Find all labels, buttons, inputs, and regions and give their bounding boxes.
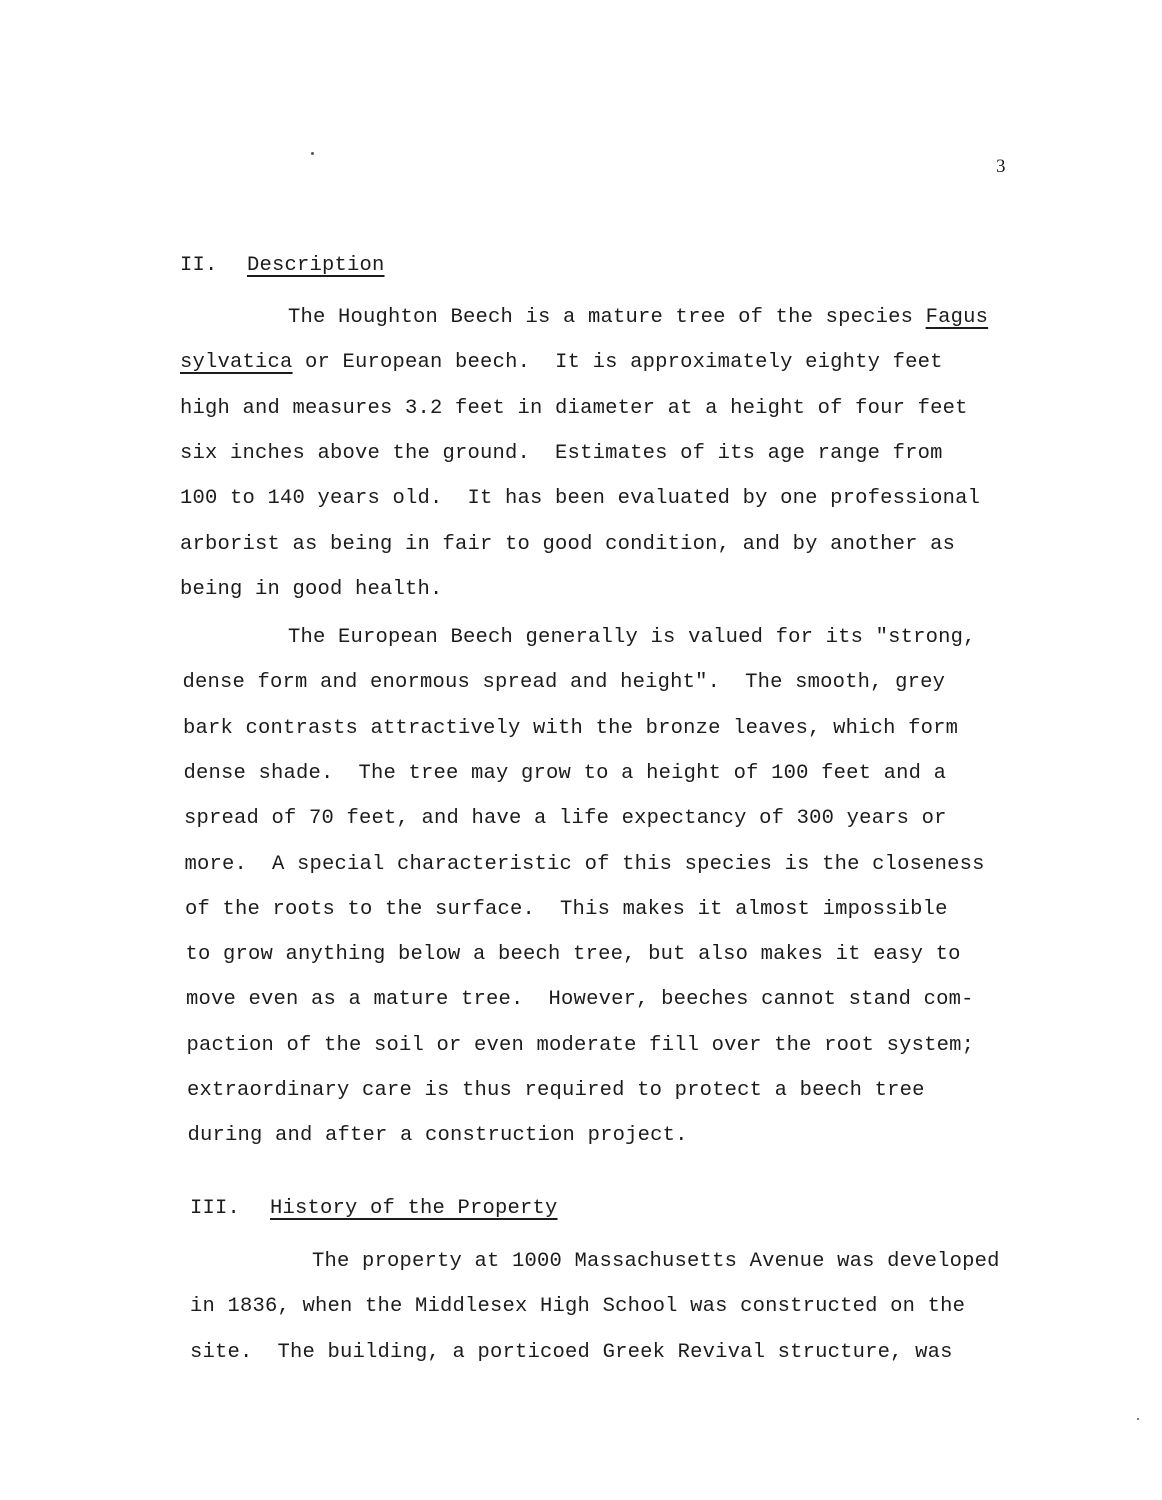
text-line: being in good health. [180,578,443,601]
text-run: 100 to 140 years old. It has been evalua… [180,487,980,510]
text-run: dense shade. The tree may grow to a heig… [184,762,947,785]
text-line: dense shade. The tree may grow to a heig… [184,762,947,785]
text-run: or European beech. It is approximately e… [293,351,943,374]
text-run: dense form and enormous spread and heigh… [183,671,946,694]
text-line: The Houghton Beech is a mature tree of t… [288,306,988,329]
scan-speck [311,152,314,155]
italic-species-name: sylvatica [180,351,293,374]
text-run: The European Beech generally is valued f… [288,626,976,649]
text-line: spread of 70 feet, and have a life expec… [184,807,947,830]
text-run: paction of the soil or even moderate fil… [187,1034,975,1057]
text-line: move even as a mature tree. However, bee… [186,988,974,1011]
text-run: six inches above the ground. Estimates o… [180,442,943,465]
text-run: in 1836, when the Middlesex High School … [190,1295,965,1318]
text-run: spread of 70 feet, and have a life expec… [184,807,947,830]
text-run: extraordinary care is thus required to p… [187,1079,925,1102]
section-heading: History of the Property [270,1197,558,1220]
text-line: The property at 1000 Massachusetts Avenu… [312,1250,1000,1273]
text-run: move even as a mature tree. However, bee… [186,988,974,1011]
text-line: paction of the soil or even moderate fil… [187,1034,975,1057]
section-heading: Description [247,254,385,277]
page-number: 3 [996,156,1006,178]
text-line: site. The building, a porticoed Greek Re… [190,1341,953,1364]
text-line: of the roots to the surface. This makes … [185,898,948,921]
text-run: arborist as being in fair to good condit… [180,533,955,556]
section-numeral: III. [190,1197,240,1220]
text-line: bark contrasts attractively with the bro… [183,717,958,740]
text-run: high and measures 3.2 feet in diameter a… [180,397,968,420]
text-run: during and after a construction project. [188,1124,688,1147]
text-run: to grow anything below a beech tree, but… [186,943,961,966]
text-line: arborist as being in fair to good condit… [180,533,955,556]
text-run: The Houghton Beech is a mature tree of t… [288,306,926,329]
text-line: to grow anything below a beech tree, but… [186,943,961,966]
text-line: dense form and enormous spread and heigh… [183,671,946,694]
text-line: extraordinary care is thus required to p… [187,1079,925,1102]
text-line: The European Beech generally is valued f… [288,626,976,649]
text-line: 100 to 140 years old. It has been evalua… [180,487,980,510]
text-run: of the roots to the surface. This makes … [185,898,948,921]
text-line: six inches above the ground. Estimates o… [180,442,943,465]
italic-species-name: Fagus [926,306,989,329]
text-line: high and measures 3.2 feet in diameter a… [180,397,968,420]
text-run: more. A special characteristic of this s… [185,853,985,876]
text-line: during and after a construction project. [188,1124,688,1147]
text-run: being in good health. [180,578,443,601]
scan-speck [1137,1418,1139,1420]
text-line: in 1836, when the Middlesex High School … [190,1295,965,1318]
text-run: bark contrasts attractively with the bro… [183,717,958,740]
section-numeral: II. [180,254,218,277]
text-run: The property at 1000 Massachusetts Avenu… [312,1250,1000,1273]
text-line: more. A special characteristic of this s… [185,853,985,876]
text-line: sylvatica or European beech. It is appro… [180,351,943,374]
text-run: site. The building, a porticoed Greek Re… [190,1341,953,1364]
